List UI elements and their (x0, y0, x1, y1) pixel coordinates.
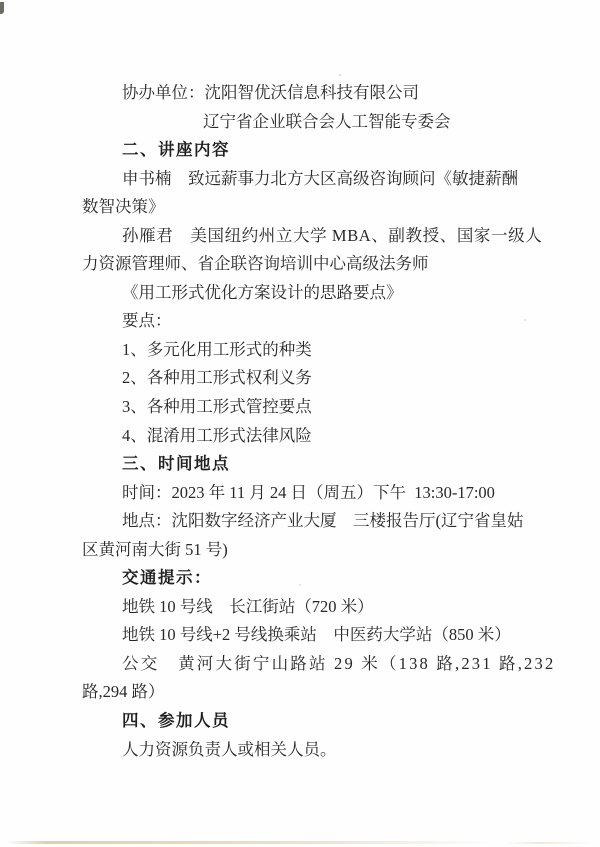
document-line: 交通提示： (82, 564, 570, 593)
document-line: 三、时间地点 (82, 450, 570, 479)
document-body: 协办单位：沈阳智优沃信息科技有限公司辽宁省企业联合会人工智能专委会二、讲座内容申… (82, 79, 570, 764)
document-line: 2、各种用工形式权利义务 (82, 364, 570, 393)
document-line: 地铁 10 号线 长江街站（720 米） (82, 593, 570, 622)
document-line: 二、讲座内容 (82, 136, 570, 165)
document-line: 辽宁省企业联合会人工智能专委会 (82, 108, 570, 137)
scan-paper-edge (6, 841, 492, 844)
document-line: 要点： (82, 307, 570, 336)
document-line: 4、混淆用工形式法律风险 (82, 422, 570, 451)
document-line: 协办单位：沈阳智优沃信息科技有限公司 (82, 79, 570, 108)
document-line: 申书楠 致远薪事力北方大区高级咨询顾问《敏捷薪酬 (82, 165, 570, 194)
document-line: 3、各种用工形式管控要点 (82, 393, 570, 422)
document-line: 1、多元化用工形式的种类 (82, 336, 570, 365)
document-line: 孙雁君 美国纽约州立大学 MBA、副教授、国家一级人 (82, 222, 570, 251)
scan-corner-artifact (0, 2, 4, 14)
scan-paper-edge (505, 842, 593, 844)
document-line: 人力资源负责人或相关人员。 (82, 736, 570, 765)
document-line: 《用工形式优化方案设计的思路要点》 (82, 279, 570, 308)
document-line: 区黄河南大街 51 号) (82, 536, 570, 565)
document-line: 力资源管理师、省企联咨询培训中心高级法务师 (82, 250, 570, 279)
document-line: 四、参加人员 (82, 707, 570, 736)
document-line: 地点：沈阳数字经济产业大厦 三楼报告厅(辽宁省皇姑 (82, 507, 570, 536)
document-line: 公交 黄河大街宁山路站 29 米（138 路,231 路,232 (82, 650, 570, 679)
document-line: 数智决策》 (82, 193, 570, 222)
document-line: 路,294 路） (82, 678, 570, 707)
scanned-document-page: 协办单位：沈阳智优沃信息科技有限公司辽宁省企业联合会人工智能专委会二、讲座内容申… (0, 0, 600, 847)
document-line: 地铁 10 号线+2 号线换乘站 中医药大学站（850 米） (82, 621, 570, 650)
document-line: 时间：2023 年 11 月 24 日（周五）下午 13:30-17:00 (82, 479, 570, 508)
